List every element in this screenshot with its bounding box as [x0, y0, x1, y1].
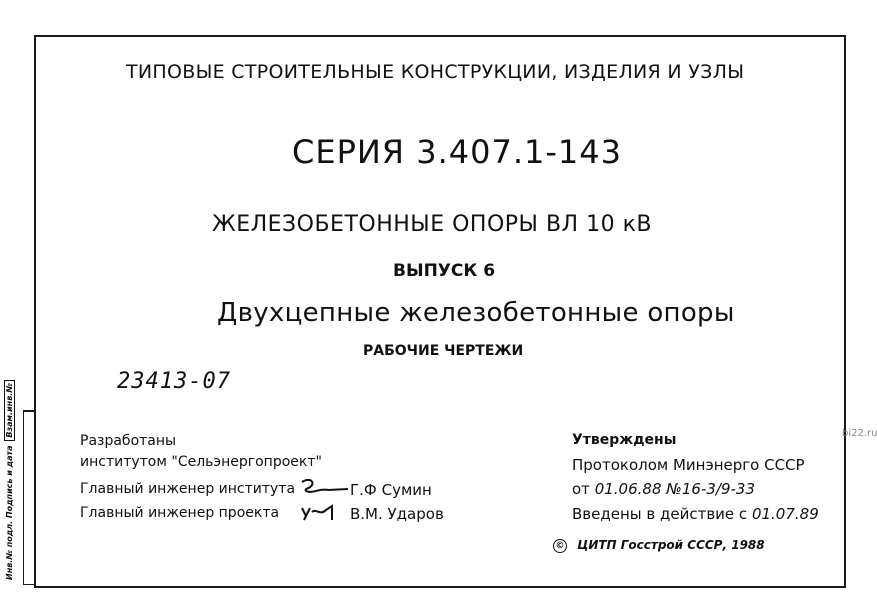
- signature-icon: [298, 476, 350, 498]
- document-subject: ЖЕЛЕЗОБЕТОННЫЕ ОПОРЫ ВЛ 10 кВ: [212, 212, 652, 237]
- side-stamp-text: Инв.№ подл. Подпись и дата Взам.инв.№: [5, 410, 14, 580]
- side-stamp-box: Взам.инв.№: [4, 380, 15, 441]
- developed-label: Разработаны: [80, 433, 176, 449]
- copyright-text: ЦИТП Госстрой СССР, 1988: [577, 538, 764, 552]
- document-title: Двухцепные железобетонные опоры: [217, 298, 735, 328]
- watermark: bi22.ru: [842, 428, 877, 439]
- chief-engineer-institute-name: Г.Ф Сумин: [350, 481, 432, 499]
- approval-protocol: Протоколом Минэнерго СССР: [572, 456, 805, 474]
- issue-number: ВЫПУСК 6: [393, 261, 495, 281]
- inventory-code: 23413-07: [117, 369, 231, 394]
- effective-date-prefix: Введены в действие с: [572, 505, 747, 523]
- approval-date-prefix: от: [572, 480, 590, 498]
- effective-date-value: 01.07.89: [752, 505, 819, 523]
- chief-engineer-institute-role: Главный инженер института: [80, 481, 295, 497]
- copyright-notice: © ЦИТП Госстрой СССР, 1988: [553, 538, 765, 553]
- developer-institute: институтом "Сельэнергопроект": [80, 454, 322, 470]
- document-header: ТИПОВЫЕ СТРОИТЕЛЬНЫЕ КОНСТРУКЦИИ, ИЗДЕЛИ…: [126, 61, 744, 83]
- chief-engineer-project-name: В.М. Ударов: [350, 505, 444, 523]
- chief-engineer-project-role: Главный инженер проекта: [80, 505, 279, 521]
- approved-label: Утверждены: [572, 432, 676, 448]
- approval-date: от 01.06.88 №16-3/9-33: [572, 480, 755, 498]
- copyright-icon: ©: [553, 539, 567, 553]
- signature-icon: [298, 500, 344, 522]
- approval-date-value: 01.06.88 №16-3/9-33: [595, 480, 755, 498]
- side-stamp: [23, 411, 35, 585]
- series-number: СЕРИЯ 3.407.1-143: [292, 133, 622, 171]
- document-subtitle: РАБОЧИЕ ЧЕРТЕЖИ: [363, 343, 523, 359]
- effective-date: Введены в действие с 01.07.89: [572, 505, 819, 523]
